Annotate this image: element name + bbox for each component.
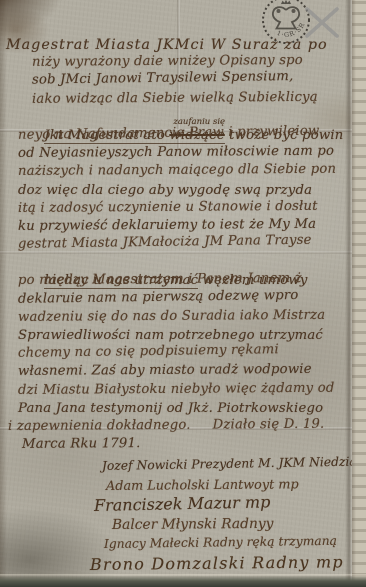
signature-line: Jozef Nowicki Prezydent M. JKM Niedziało…	[102, 452, 360, 476]
text-line-date: Marca Rku 1791.	[4, 434, 350, 455]
seal-bottom-text: 1·GR·SR·	[256, 0, 307, 39]
text-line: chcemy na co się podpisuiemy rękami	[4, 340, 350, 363]
text-line: iako widząc dla Siebie wielką Subieklicy…	[4, 88, 350, 109]
signature-line: Ignacy Małecki Radny ręką trzymaną	[104, 531, 360, 554]
text-line: sob JMci Janowi Traysilewi Spensium,	[4, 68, 350, 91]
bottom-shadow-edge	[0, 576, 366, 587]
signature-line: Franciszek Mazur mp	[94, 490, 360, 515]
text-line: własnemi. Zaś aby miasto uradż wodpowie	[4, 361, 350, 382]
manuscript-photo: 1·GR·SR· Magestrat Miasta JKMci W Suraż …	[0, 0, 366, 587]
adjacent-page-edge	[352, 0, 366, 587]
signature-line: Brono Domzalski Radny mp	[90, 552, 360, 574]
text-line: itą i zadosyć uczynienie u Stanowie i do…	[4, 197, 350, 218]
signature-block: Jozef Nowicki Prezydent M. JKM Niedziało…	[88, 457, 360, 574]
manuscript-text-block: Magestrat Miasta JKMci W Suraż za po niż…	[4, 36, 350, 454]
text-line: wadzeniu się do nas do Suradia iako Mist…	[4, 306, 350, 327]
text-line: nażiszych i nadanych maiącego dla Siebie…	[4, 161, 350, 182]
text-line: dzi Miastu Białystoku niebyło więc żądam…	[4, 379, 350, 400]
right-fold-shadow	[345, 0, 352, 587]
text-line: gestrat Miasta JKMałociża JM Pana Trayse	[4, 231, 350, 254]
svg-text:1·GR·SR·: 1·GR·SR·	[256, 0, 307, 39]
